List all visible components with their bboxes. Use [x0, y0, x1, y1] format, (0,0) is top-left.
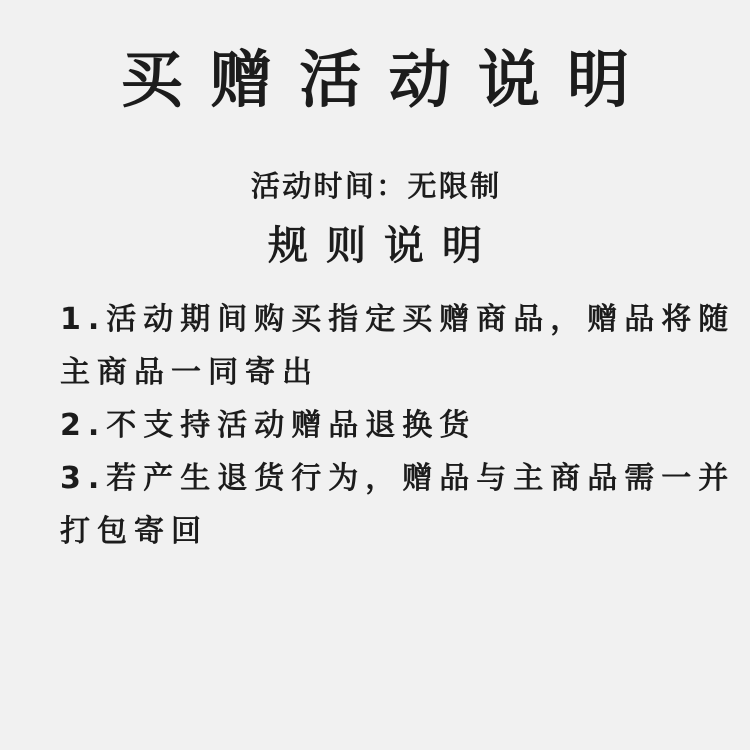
rules-heading: 规则说明	[0, 218, 750, 274]
rule-item-1: 1.活动期间购买指定买赠商品，赠品将随主商品一同寄出	[60, 293, 740, 399]
rule-item-3: 3.若产生退货行为，赠品与主商品需一并打包寄回	[60, 452, 740, 558]
activity-time-line: 活动时间：无限制	[0, 166, 750, 206]
promo-notice-page: 买赠活动说明 活动时间：无限制 规则说明 1.活动期间购买指定买赠商品，赠品将随…	[0, 0, 750, 750]
rules-list: 1.活动期间购买指定买赠商品，赠品将随主商品一同寄出 2.不支持活动赠品退换货 …	[60, 293, 740, 558]
page-title: 买赠活动说明	[0, 40, 750, 120]
rule-item-2: 2.不支持活动赠品退换货	[60, 399, 740, 452]
